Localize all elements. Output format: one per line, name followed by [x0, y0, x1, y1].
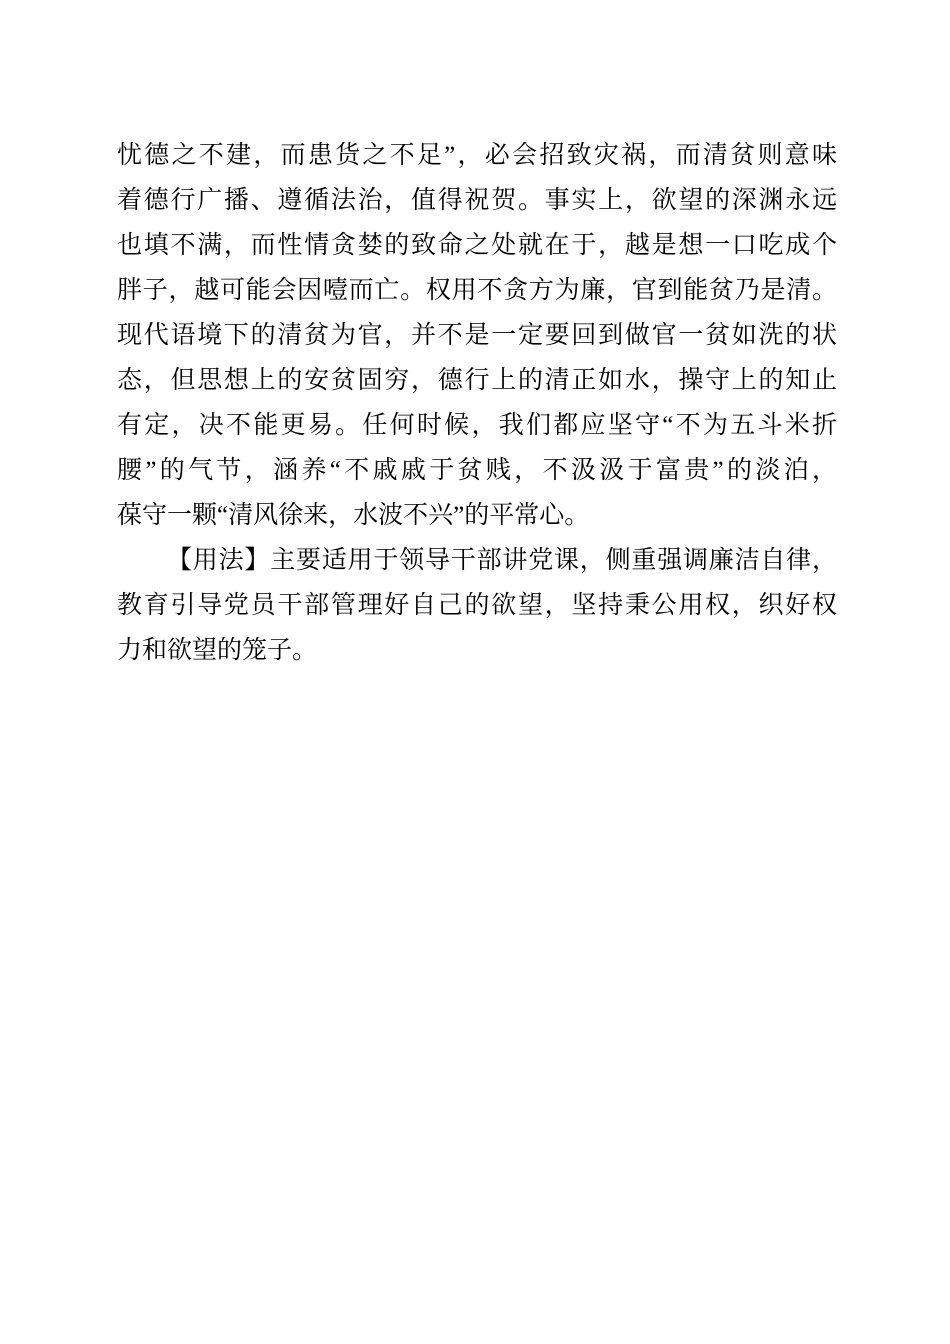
document-text-block: 忧德之不建，而患货之不足”，必会招致灾祸，而清贫则意味着德行广播、遵循法治，值得…	[117, 133, 837, 673]
text-line-p2-2: 教育引导党员干部管理好自己的欲望，坚持秉公用权，织好权	[117, 583, 837, 628]
text-line-p1-6: 态，但思想上的安贫固穷，德行上的清正如水，操守上的知止	[117, 358, 837, 403]
text-line-p1-7: 有定，决不能更易。任何时候，我们都应坚守“不为五斗米折	[117, 403, 837, 448]
text-line-p1-3: 也填不满，而性情贪婪的致命之处就在于，越是想一口吃成个	[117, 223, 837, 268]
text-line-p2-1: 【用法】主要适用于领导干部讲党课，侧重强调廉洁自律，	[117, 538, 837, 583]
text-line-p1-1: 忧德之不建，而患货之不足”，必会招致灾祸，而清贫则意味	[117, 133, 837, 178]
text-line-p1-5: 现代语境下的清贫为官，并不是一定要回到做官一贫如洗的状	[117, 313, 837, 358]
text-line-p1-2: 着德行广播、遵循法治，值得祝贺。事实上，欲望的深渊永远	[117, 178, 837, 223]
text-line-p1-4: 胖子，越可能会因噎而亡。权用不贪方为廉，官到能贫乃是清。	[117, 268, 837, 313]
text-line-p1-8: 腰”的气节，涵养“不戚戚于贫贱，不汲汲于富贵”的淡泊，	[117, 448, 837, 493]
text-line-p1-9: 葆守一颗“清风徐来，水波不兴”的平常心。	[117, 493, 837, 538]
document-page: 忧德之不建，而患货之不足”，必会招致灾祸，而清贫则意味着德行广播、遵循法治，值得…	[0, 0, 950, 1344]
text-line-p2-3: 力和欲望的笼子。	[117, 628, 837, 673]
